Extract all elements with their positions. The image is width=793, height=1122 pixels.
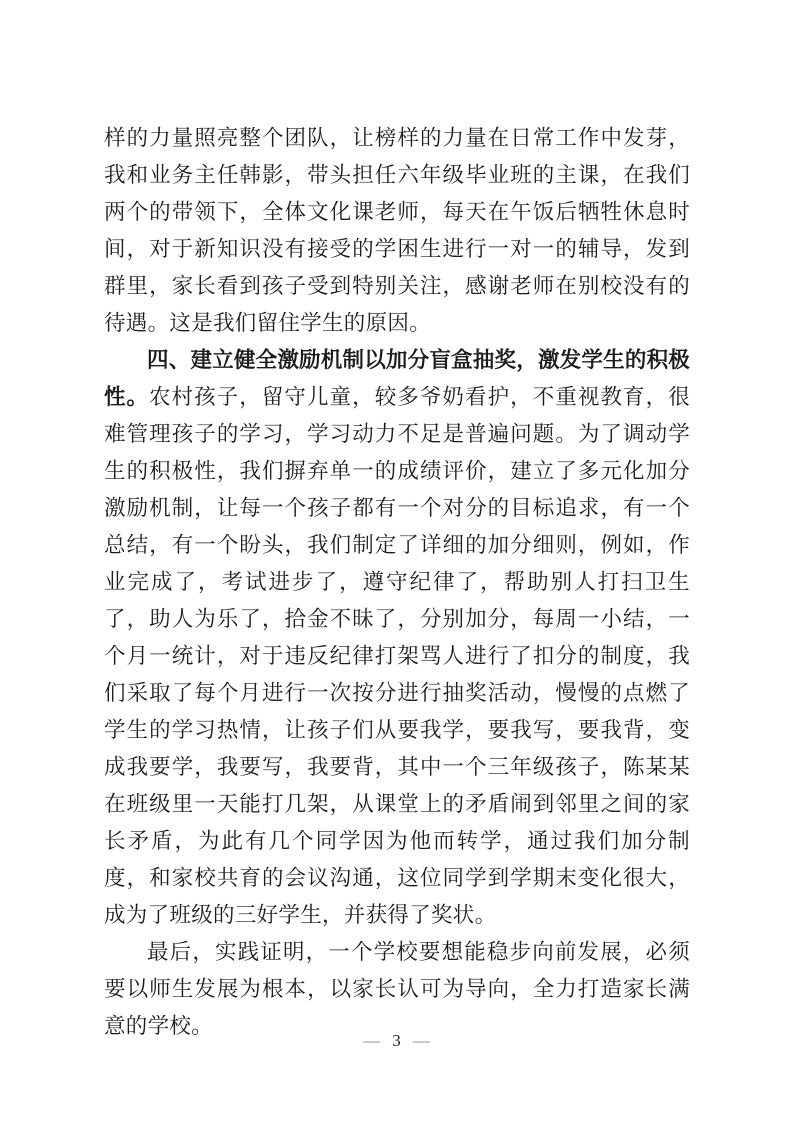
page-number: 3 (380, 1030, 413, 1052)
footer-right-dash: — (413, 1031, 430, 1050)
paragraph-continued: 样的力量照亮整个团队，让榜样的力量在日常工作中发芽，我和业务主任韩影，带头担任六… (104, 120, 690, 342)
paragraph-conclusion: 最后，实践证明，一个学校要想能稳步向前发展，必须要以师生发展为根本，以家长认可为… (104, 934, 690, 1045)
page-footer: —3— (0, 1030, 793, 1052)
document-body: 样的力量照亮整个团队，让榜样的力量在日常工作中发芽，我和业务主任韩影，带头担任六… (104, 120, 690, 1045)
paragraph-text: 农村孩子，留守儿童，较多爷奶看护，不重视教育，很难管理孩子的学习，学习动力不足是… (104, 385, 690, 927)
footer-left-dash: — (363, 1031, 380, 1050)
paragraph-text: 样的力量照亮整个团队，让榜样的力量在日常工作中发芽，我和业务主任韩影，带头担任六… (104, 126, 690, 335)
document-page: 样的力量照亮整个团队，让榜样的力量在日常工作中发芽，我和业务主任韩影，带头担任六… (0, 0, 793, 1122)
paragraph-text: 最后，实践证明，一个学校要想能稳步向前发展，必须要以师生发展为根本，以家长认可为… (104, 940, 690, 1038)
paragraph-section-four: 四、建立健全激励机制以加分盲盒抽奖，激发学生的积极性。农村孩子，留守儿童，较多爷… (104, 342, 690, 934)
